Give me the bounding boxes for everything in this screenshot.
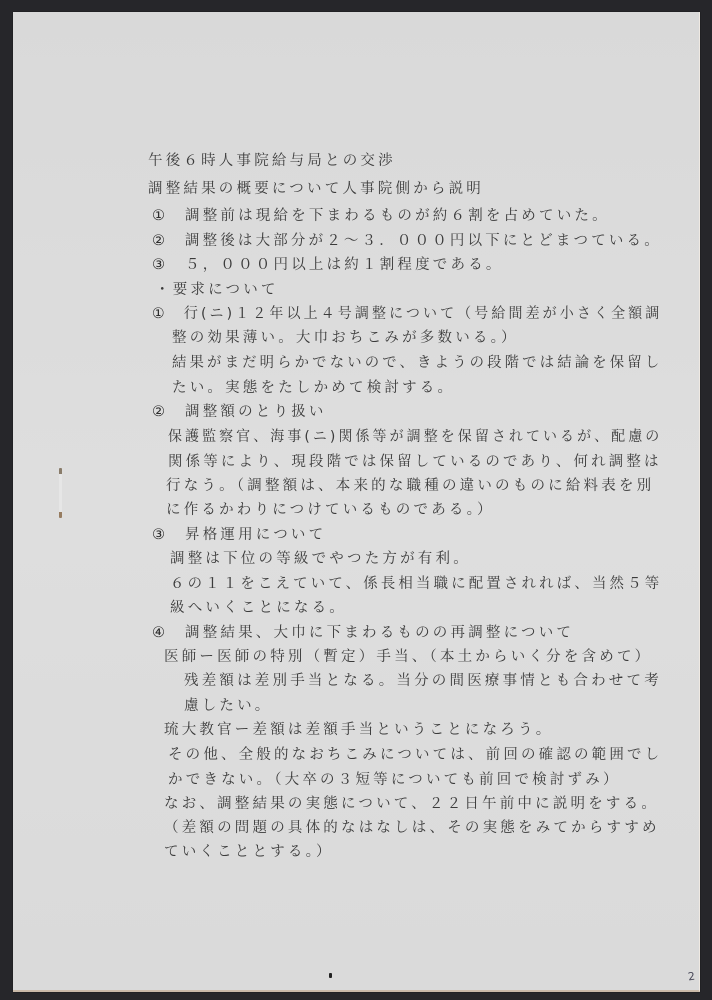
item-text: 関係等により、現段階では保留しているのであり、何れ調整は xyxy=(168,453,662,471)
item-text: 昇格運用について xyxy=(185,527,326,543)
item-text: ６の１１をこえていて、係長相当職に配置されれば、当然５等 xyxy=(170,575,662,593)
punch-mark xyxy=(329,973,332,978)
item-text: 行なう。（調整額は、本来的な職種の違いのものに給料表を別 xyxy=(166,477,654,495)
request-item: ④調整結果、大巾に下まわるものの再調整について xyxy=(152,624,574,642)
summary-item: ③５，０００円以上は約１割程度である。 xyxy=(152,256,504,274)
item-text: 調整額のとり扱い xyxy=(185,404,327,420)
item-text: 級へいくことになる。 xyxy=(170,599,347,617)
item-text: 調整前は現給を下まわるものが約６割を占めていた。 xyxy=(185,208,610,224)
item-marker: ① xyxy=(152,305,184,323)
item-text: （差額の問題の具体的なはなしは、その実態をみてからすすめ xyxy=(164,819,660,837)
item-text: 慮したい。 xyxy=(184,697,273,715)
summary-item: ①調整前は現給を下まわるものが約６割を占めていた。 xyxy=(152,207,610,225)
item-marker: ① xyxy=(152,207,185,225)
item-text: 医師ー医師の特別（暫定）手当、（本土からいく分を含めて） xyxy=(164,648,652,666)
item-text: 結果がまだ明らかでないので、きようの段階では結論を保留し xyxy=(172,354,662,372)
item-text: 整の効果薄い。大巾おちこみが多数いる。） xyxy=(172,329,519,347)
item-text: 調整は下位の等級でやつた方が有利。 xyxy=(170,550,471,568)
item-text: に作るかわりにつけているものである。） xyxy=(166,501,495,519)
item-marker: ④ xyxy=(152,624,185,642)
item-text: 調整結果、大巾に下まわるものの再調整について xyxy=(185,625,574,641)
item-text: かできない。（大卒の３短等についても前回で検討ずみ） xyxy=(168,771,621,789)
item-marker: ③ xyxy=(152,526,185,544)
request-item: ③昇格運用について xyxy=(152,526,326,544)
document-subtitle: 調整結果の概要について人事院側から説明 xyxy=(148,180,484,198)
request-item: ②調整額のとり扱い xyxy=(152,403,327,421)
item-marker: ③ xyxy=(152,256,185,274)
item-text: 調整後は大部分が２～３．０００円以下にとどまつている。 xyxy=(185,233,662,249)
requests-heading: ・要求について xyxy=(155,281,279,299)
staple-mark xyxy=(59,468,62,518)
item-text: 保護監察官、海事(ニ)関係等が調整を保留されているが、配慮の xyxy=(168,428,662,446)
item-text: なお、調整結果の実態について、２２日午前中に説明をする。 xyxy=(164,795,659,813)
document-title: 午後６時人事院給与局との交渉 xyxy=(148,152,396,170)
item-text: ていくこととする。） xyxy=(164,843,334,861)
item-text: ５，０００円以上は約１割程度である。 xyxy=(185,257,504,273)
summary-item: ②調整後は大部分が２～３．０００円以下にとどまつている。 xyxy=(152,232,662,250)
request-item: ①行(ニ)１２年以上４号調整について（号給間差が小さく全額調 xyxy=(152,305,662,323)
item-text: 琉大教官ー差額は差額手当ということになろう。 xyxy=(164,721,553,739)
item-text: 行(ニ)１２年以上４号調整について（号給間差が小さく全額調 xyxy=(184,306,662,322)
item-marker: ② xyxy=(152,232,185,250)
item-marker: ② xyxy=(152,403,185,421)
item-text: たい。実態をたしかめて検討する。 xyxy=(172,379,455,397)
item-text: 残差額は差別手当となる。当分の間医療事情とも合わせて考 xyxy=(184,672,662,690)
item-text: その他、全般的なおちこみについては、前回の確認の範囲でし xyxy=(168,746,662,764)
